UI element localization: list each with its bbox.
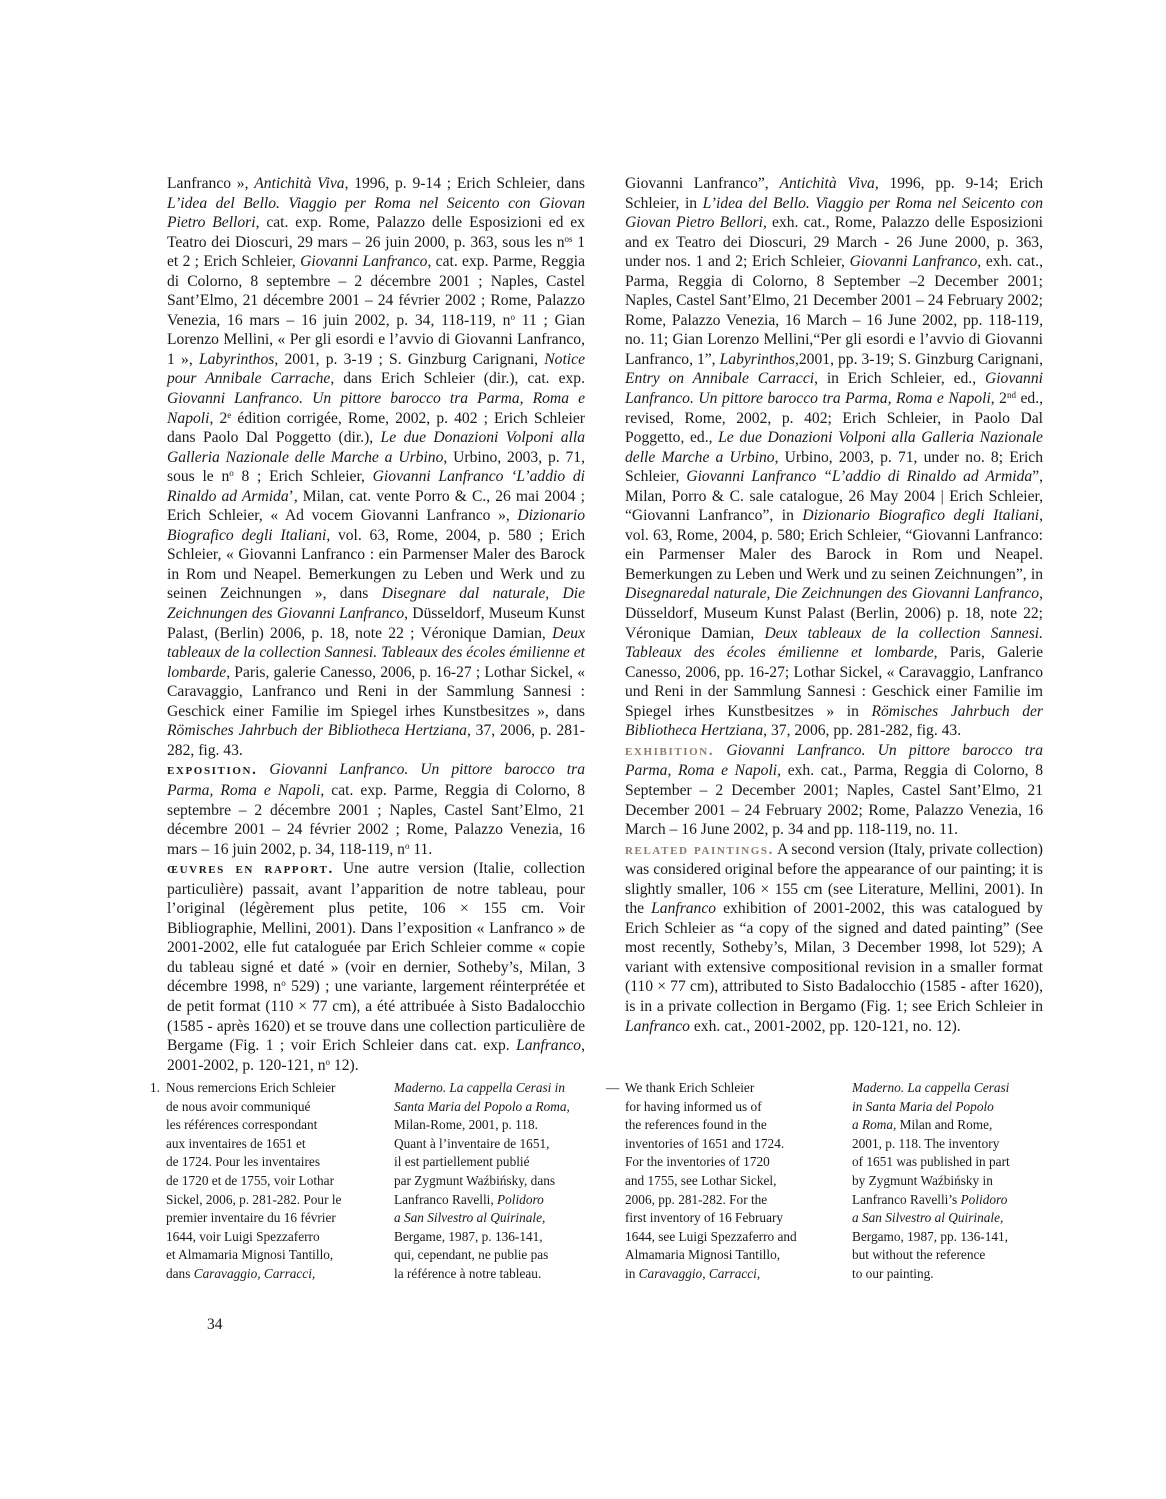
english-exhibition-heading: Exhibition. [625, 743, 714, 759]
english-bibliography: Giovanni Lanfranco”, Antichità Viva, 199… [625, 174, 1043, 741]
french-exhibition-heading: Exposition. [167, 762, 257, 778]
english-related-section: Related paintings. A second version (Ita… [625, 840, 1043, 1036]
french-related-section: Œuvres en rapport. Une autre version (It… [167, 859, 585, 1075]
english-exhibition-section: Exhibition. Giovanni Lanfranco. Un pitto… [625, 741, 1043, 840]
french-bibliography: Lanfranco », Antichità Viva, 1996, p. 9-… [167, 174, 585, 760]
french-exhibition-section: Exposition. Giovanni Lanfranco. Un pitto… [167, 760, 585, 859]
french-column: Lanfranco », Antichità Viva, 1996, p. 9-… [167, 174, 585, 1075]
french-related-text: Une autre version (Italie, collection pa… [167, 860, 585, 1073]
english-footnote-col-1: We thank Erich Schleier for having infor… [625, 1079, 840, 1284]
french-footnote-marker: 1. [150, 1079, 160, 1098]
english-related-text: A second version (Italy, private collect… [625, 841, 1043, 1035]
page-number: 34 [207, 1316, 223, 1334]
english-footnote-col-2: Maderno. La cappella Cerasi in Santa Mar… [852, 1079, 1067, 1284]
french-footnote-col-1: Nous remercions Erich Schleier de nous a… [166, 1079, 381, 1284]
french-footnote-col-2: Maderno. La cappella Cerasi in Santa Mar… [394, 1079, 609, 1284]
english-column: Giovanni Lanfranco”, Antichità Viva, 199… [625, 174, 1043, 1036]
french-related-heading: Œuvres en rapport. [167, 861, 334, 877]
english-related-heading: Related paintings. [625, 842, 774, 858]
